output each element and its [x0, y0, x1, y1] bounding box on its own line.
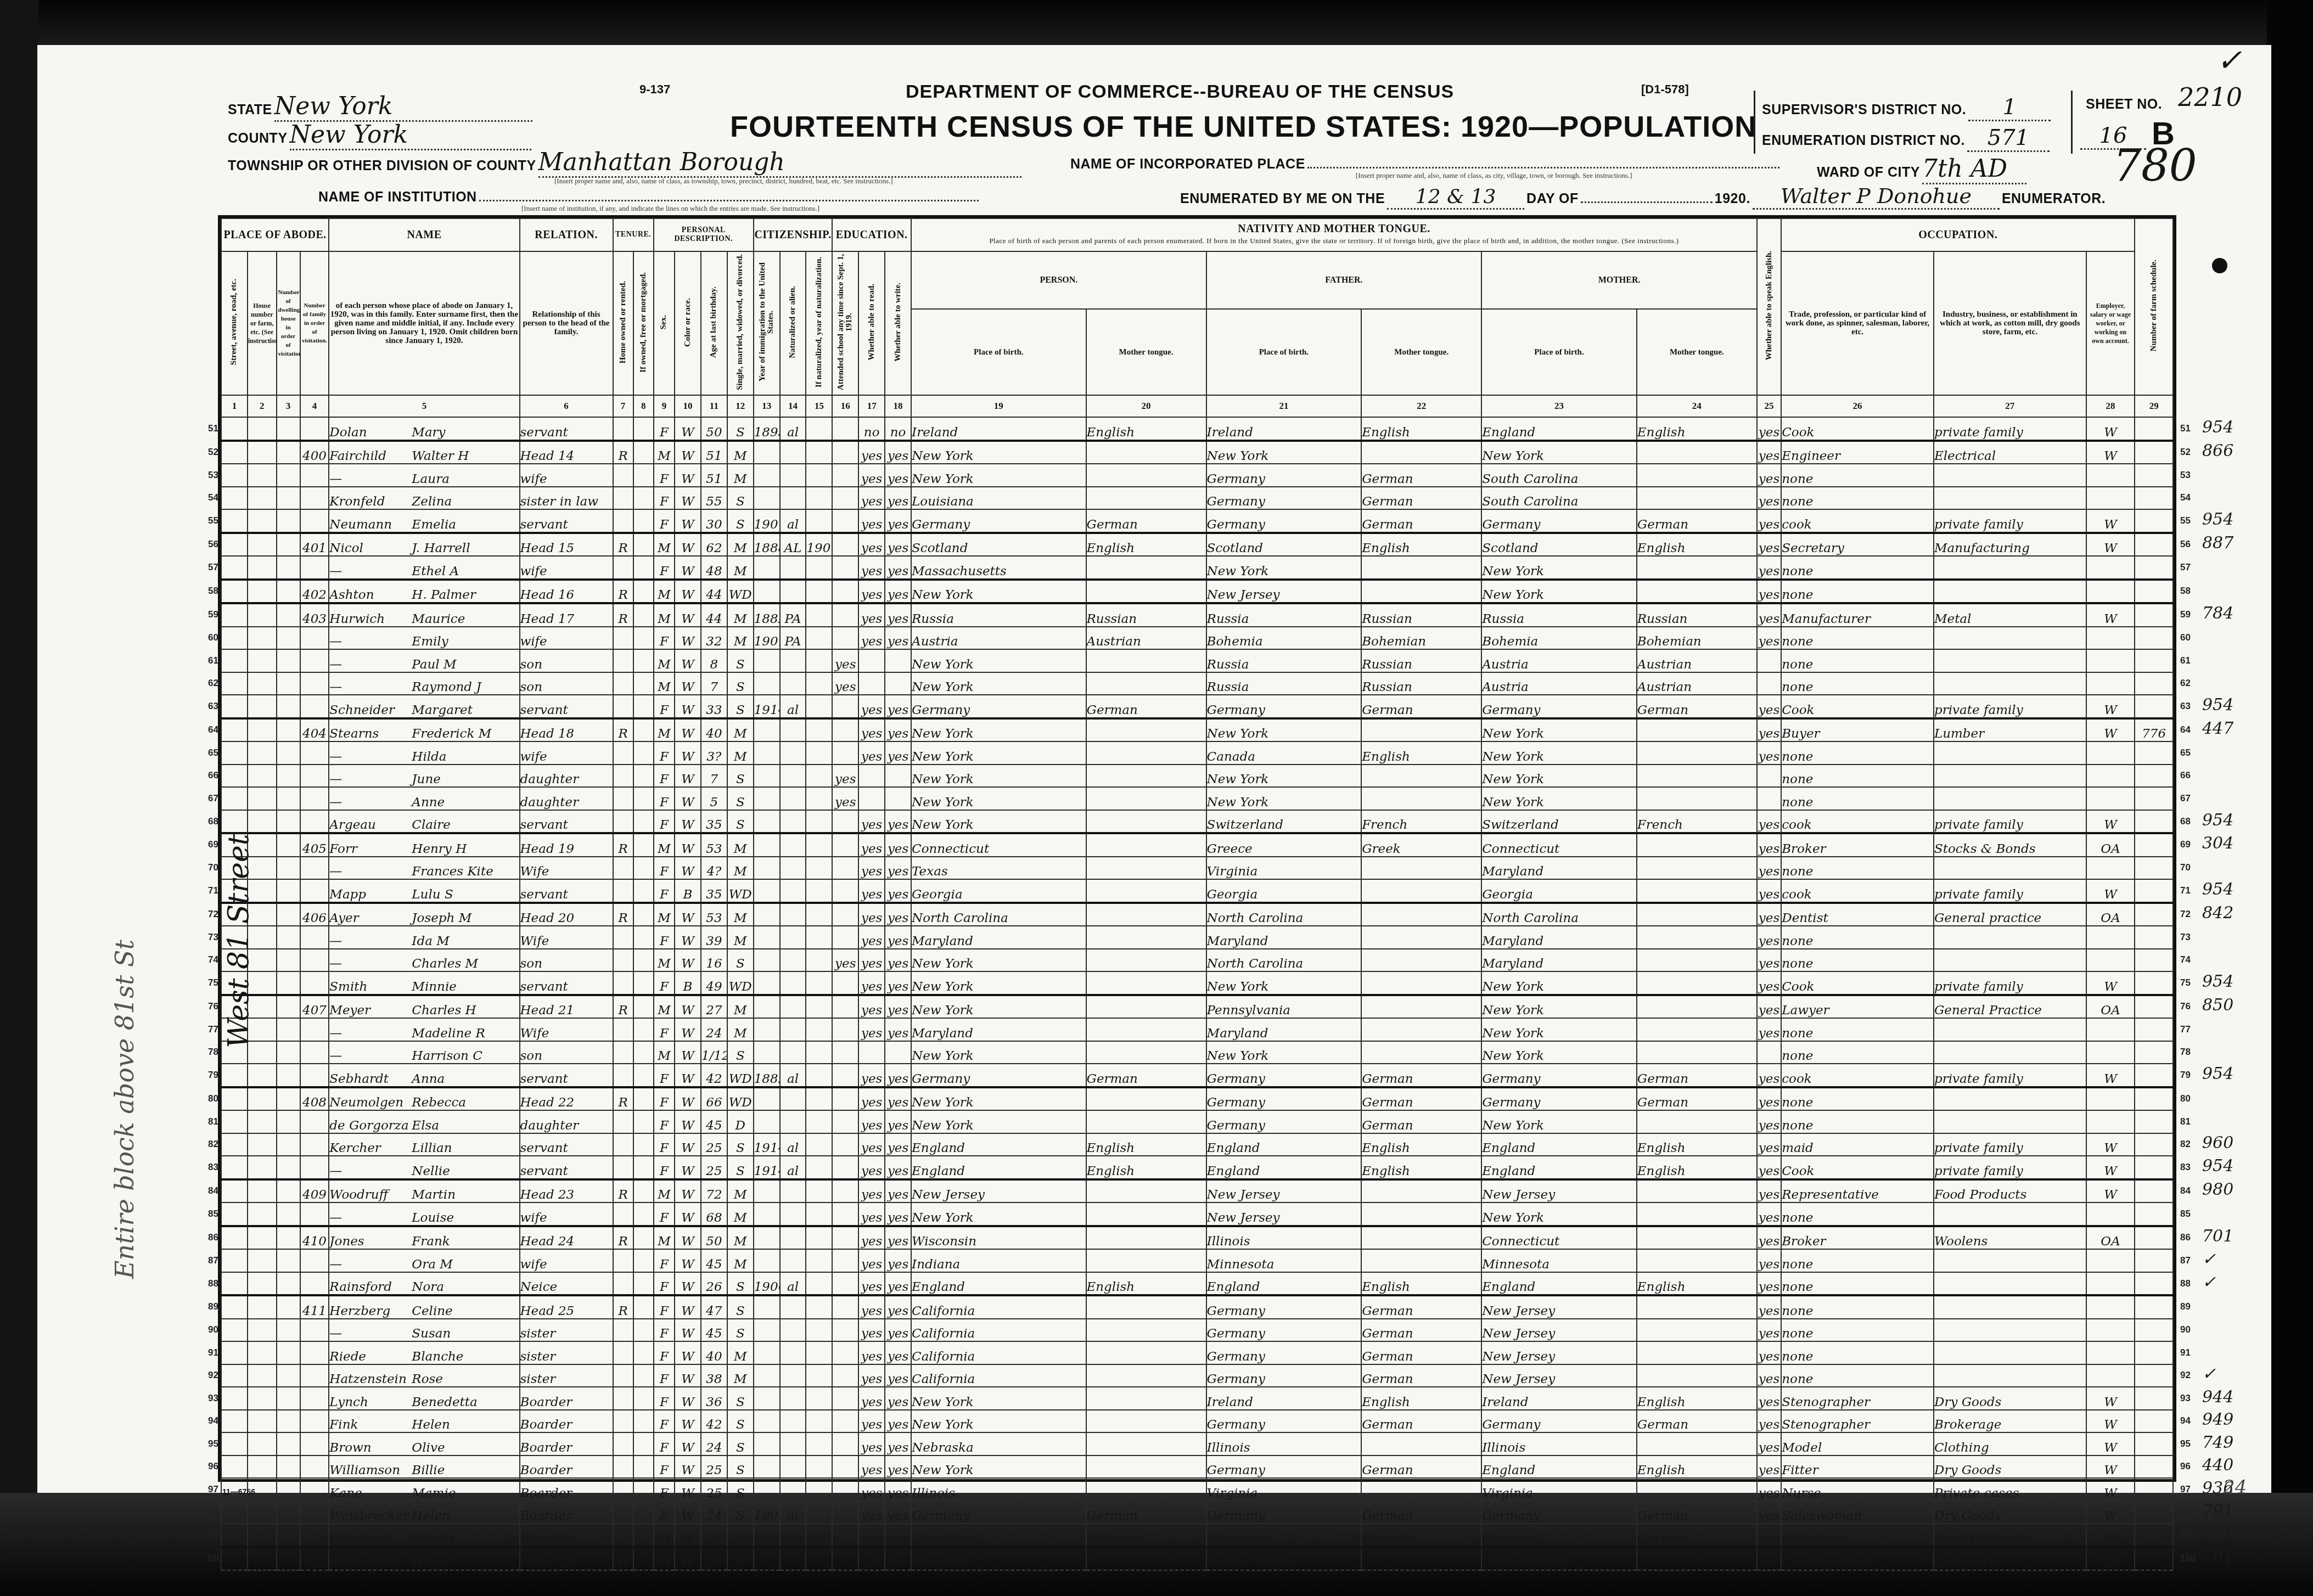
cell-house [248, 1087, 277, 1111]
cell-f-birth: New Jersey [1206, 580, 1362, 604]
cell-occupation: cook [1781, 509, 1934, 533]
cell-nat [780, 441, 806, 464]
cell-dwelling [277, 1501, 300, 1524]
surname: — [329, 1211, 412, 1225]
cell-f-tongue [1361, 1041, 1481, 1064]
county-value: New York [290, 121, 531, 150]
cell-house [248, 1133, 277, 1156]
cell-name: MeyerCharles H [329, 995, 519, 1019]
col-11-header: Age at last birthday. [701, 251, 727, 395]
line-number-right: 75 [2180, 977, 2202, 988]
line-number-right: 85 [2180, 1209, 2202, 1220]
cell-family [300, 1202, 329, 1226]
cell-name: —Charles M [329, 949, 519, 972]
cell-class: W [2086, 1387, 2135, 1410]
cell-marital: S [727, 487, 754, 510]
cell-m-tongue [1637, 1018, 1757, 1041]
cell-m-birth: England [1481, 417, 1637, 441]
given-name: Frances Kite [412, 864, 493, 879]
cell-dwelling [277, 1272, 300, 1296]
cell-house [248, 787, 277, 810]
cell-m-birth: Germany [1481, 1064, 1637, 1087]
table-row: FriedmanMorrisBoarderMW34M1896NA1906yesy… [221, 1524, 2173, 1547]
cell-birth: Germany [911, 1064, 1086, 1087]
cell-dwelling [277, 603, 300, 627]
cell-read: yes [858, 1478, 885, 1501]
cell-natyear [806, 627, 832, 650]
cell-marital: S [727, 1501, 754, 1524]
cell-m-tongue: English [1637, 417, 1757, 441]
line-number-left: 74 [206, 954, 218, 965]
cell-dwelling [277, 649, 300, 672]
cell-school [832, 971, 858, 995]
cell-occupation: Salesman [1781, 1524, 1934, 1547]
line-number-right: 61 [2180, 655, 2202, 666]
cell-school [832, 1064, 858, 1087]
cell-marital: S [727, 417, 754, 441]
cell-race: W [675, 672, 701, 695]
cell-write: yes [885, 926, 911, 949]
cell-tongue [1086, 971, 1206, 995]
table-row: —JunedaughterFW7SyesNew YorkNew YorkNew … [221, 765, 2173, 788]
cell-industry: private family [1934, 509, 2086, 533]
cell-f-tongue [1361, 971, 1481, 995]
cell-age: 55 [701, 487, 727, 510]
cell-read [858, 649, 885, 672]
cell-natyear [806, 995, 832, 1019]
given-name: Madeline R [412, 1026, 485, 1041]
cell-relation: sister [520, 1364, 613, 1387]
cell-tenure [613, 556, 633, 580]
cell-family: 408 [300, 1087, 329, 1111]
cell-name: WeisbreckerHelen [329, 1501, 519, 1524]
cell-english: yes [1757, 1133, 1781, 1156]
cell-m-birth: Ireland [1481, 1387, 1637, 1410]
cell-relation: Head 20 [520, 903, 613, 926]
cell-class [2086, 464, 2135, 487]
ward-extra-number: 780 [2113, 140, 2197, 191]
cell-name: JonesFrank [329, 1226, 519, 1250]
cell-f-birth: Germany [1206, 1364, 1362, 1387]
cell-owned [633, 1524, 654, 1547]
cell-natyear [806, 1041, 832, 1064]
given-name: Rebecca [412, 1095, 466, 1110]
cell-occupation: Dentist [1781, 903, 1934, 926]
given-name: Minnie [412, 980, 457, 994]
cell-street [221, 1524, 248, 1547]
cell-f-tongue [1361, 787, 1481, 810]
cell-write: yes [885, 833, 911, 857]
cell-f-tongue: German [1361, 464, 1481, 487]
cell-nat [780, 949, 806, 972]
cell-street [221, 1295, 248, 1319]
cell-dwelling [277, 1179, 300, 1203]
cell-m-tongue [1637, 1295, 1757, 1319]
cell-race: W [675, 580, 701, 604]
cell-natyear [806, 1110, 832, 1133]
cell-marital: S [727, 787, 754, 810]
cell-nat [780, 741, 806, 765]
cell-race: W [675, 627, 701, 650]
cell-f-birth: England [1206, 1272, 1362, 1296]
month-value [1581, 188, 1713, 203]
line-number-right: 52 [2180, 447, 2202, 458]
cell-natyear [806, 1341, 832, 1364]
cell-tongue: English [1086, 1133, 1206, 1156]
cell-f-birth: Bohemia [1206, 627, 1362, 650]
table-row: —NellieservantFW25S1914alyesyesEnglandEn… [221, 1156, 2173, 1179]
cell-age: 38 [701, 1364, 727, 1387]
cell-relation: Wife [520, 857, 613, 880]
cell-english: yes [1757, 1156, 1781, 1179]
line-number-left: 100 [206, 1553, 218, 1564]
line-number-left: 97 [206, 1484, 218, 1495]
cell-tenure [613, 765, 633, 788]
cell-f-birth: Illinois [1206, 1226, 1362, 1250]
enumerated-day: 12 & 13 [1387, 186, 1524, 210]
cell-race: W [675, 787, 701, 810]
cell-school [832, 1432, 858, 1455]
cell-owned [633, 833, 654, 857]
cell-owned [633, 857, 654, 880]
cell-tongue: English [1086, 417, 1206, 441]
cell-family: 402 [300, 580, 329, 604]
cell-tongue [1086, 949, 1206, 972]
cell-owned [633, 1064, 654, 1087]
cell-farm [2135, 603, 2173, 627]
cell-tongue [1086, 995, 1206, 1019]
cell-farm [2135, 857, 2173, 880]
cell-family [300, 1110, 329, 1133]
cell-house [248, 580, 277, 604]
line-number-left: 60 [206, 632, 218, 643]
cell-immig [754, 1110, 780, 1133]
cell-natyear [806, 1249, 832, 1272]
cell-age: 7 [701, 672, 727, 695]
cell-industry [1934, 1087, 2086, 1111]
given-name: Raymond J [412, 680, 481, 694]
cell-birth: New York [911, 1410, 1086, 1433]
cell-street [221, 1249, 248, 1272]
cell-industry [1934, 672, 2086, 695]
cell-tongue [1086, 487, 1206, 510]
cell-name: HerzbergCeline [329, 1295, 519, 1319]
cell-age: 42 [701, 1410, 727, 1433]
cell-birth: Connecticut [911, 833, 1086, 857]
form-number: 9-137 [639, 82, 670, 97]
cell-school: yes [832, 765, 858, 788]
line-number-right: 56 [2180, 539, 2202, 550]
surname: — [329, 934, 412, 948]
cell-english: yes [1757, 417, 1781, 441]
line-number-right: 66 [2180, 770, 2202, 781]
cell-dwelling [277, 1478, 300, 1501]
cell-m-birth: Virginia [1481, 1478, 1637, 1501]
cell-family [300, 741, 329, 765]
cell-relation: Head 16 [520, 580, 613, 604]
cell-occupation: Manufacturer [1781, 603, 1934, 627]
cell-write: yes [885, 533, 911, 557]
cell-f-tongue: German [1361, 1341, 1481, 1364]
enumerator-label: ENUMERATOR. [2002, 191, 2106, 206]
cell-dwelling [277, 833, 300, 857]
cell-read: yes [858, 1179, 885, 1203]
cell-street [221, 441, 248, 464]
cell-house [248, 1524, 277, 1547]
cell-dwelling [277, 857, 300, 880]
group-tenure: TENURE. [613, 218, 654, 251]
table-row: NeumannEmeliaservantFW30S1907alyesyesGer… [221, 509, 2173, 533]
cell-school: yes [832, 672, 858, 695]
cell-read: yes [858, 1272, 885, 1296]
cell-f-tongue: Russian [1361, 672, 1481, 695]
cell-class [2086, 556, 2135, 580]
cell-age: 33 [701, 695, 727, 718]
cell-industry: Private cases [1934, 1478, 2086, 1501]
surname: Lynch [329, 1395, 412, 1409]
cell-write: yes [885, 1455, 911, 1479]
cell-f-birth: Germany [1206, 695, 1362, 718]
cell-nat [780, 1226, 806, 1250]
cell-f-birth: Germany [1206, 487, 1362, 510]
cell-name: —Raymond J [329, 672, 519, 695]
cell-english: yes [1757, 1501, 1781, 1524]
cell-m-birth: Connecticut [1481, 833, 1637, 857]
occupation-code: 980 [2202, 1180, 2233, 1199]
cell-age: 50 [701, 1226, 727, 1250]
surname: Woodruff [329, 1188, 412, 1202]
cell-family [300, 672, 329, 695]
cell-name: —Frances Kite [329, 857, 519, 880]
cell-m-tongue: Bohemian [1637, 627, 1757, 650]
cell-school [832, 627, 858, 650]
surname: Herzberg [329, 1304, 412, 1318]
cell-house [248, 556, 277, 580]
cell-nat: NA [780, 1524, 806, 1547]
cell-relation: servant [520, 810, 613, 834]
cell-tongue [1086, 1087, 1206, 1111]
cell-family [300, 1387, 329, 1410]
column-number-9: 9 [654, 395, 675, 417]
column-number-24: 24 [1637, 395, 1757, 417]
cell-age: 49 [701, 971, 727, 995]
cell-birth: Nebraska [911, 1432, 1086, 1455]
occupation-code: 701 [2202, 1548, 2233, 1567]
group-place-of-abode: PLACE OF ABODE. [221, 218, 329, 251]
cell-f-tongue [1361, 857, 1481, 880]
cell-natyear [806, 1387, 832, 1410]
column-number-13: 13 [754, 395, 780, 417]
cell-write: yes [885, 1524, 911, 1547]
cell-write: yes [885, 1341, 911, 1364]
cell-house [248, 603, 277, 627]
cell-class: OA [2086, 833, 2135, 857]
cell-immig: 1893 [754, 417, 780, 441]
census-grid: PLACE OF ABODE. NAME RELATION. TENURE. P… [221, 218, 2174, 1571]
cell-family: 405 [300, 833, 329, 857]
cell-birth: California [911, 1364, 1086, 1387]
cell-class: OA [2086, 903, 2135, 926]
cell-age: 50 [701, 417, 727, 441]
cell-m-birth: Austria [1481, 672, 1637, 695]
cell-farm [2135, 1179, 2173, 1203]
cell-read: yes [858, 741, 885, 765]
cell-immig [754, 971, 780, 995]
cell-farm [2135, 417, 2173, 441]
cell-natyear [806, 1087, 832, 1111]
cell-age: 62 [701, 533, 727, 557]
cell-race: B [675, 971, 701, 995]
cell-f-tongue: English [1361, 741, 1481, 765]
cell-family [300, 1501, 329, 1524]
surname: Williamson [329, 1463, 412, 1477]
cell-english: yes [1757, 603, 1781, 627]
cell-m-birth: Illinois [1481, 1432, 1637, 1455]
cell-farm [2135, 833, 2173, 857]
cell-dwelling [277, 1410, 300, 1433]
cell-tongue [1086, 1364, 1206, 1387]
cell-birth: New York [911, 718, 1086, 742]
cell-age: 3? [701, 741, 727, 765]
cell-farm [2135, 1319, 2173, 1342]
cell-m-birth: New Jersey [1481, 1364, 1637, 1387]
cell-occupation: none [1781, 556, 1934, 580]
col-3-header: Number of dwelling house in order of vis… [277, 251, 300, 395]
line-number-right: 93 [2180, 1393, 2202, 1404]
cell-tongue: English [1086, 1272, 1206, 1296]
cell-dwelling [277, 487, 300, 510]
cell-english [1757, 672, 1781, 695]
occupation-code: ✓ [2202, 1273, 2216, 1292]
cell-industry [1934, 1319, 2086, 1342]
cell-sex: F [654, 627, 675, 650]
cell-birth: Germany [911, 1524, 1086, 1547]
cell-sex: F [654, 487, 675, 510]
cell-m-birth: Russia [1481, 603, 1637, 627]
cell-tongue [1086, 1041, 1206, 1064]
cell-sex: M [654, 649, 675, 672]
cell-age: 47 [701, 1295, 727, 1319]
surname: Schneider [329, 703, 412, 717]
group-nativity: NATIVITY AND MOTHER TONGUE. Place of bir… [911, 218, 1757, 251]
cell-m-tongue [1637, 833, 1757, 857]
cell-english [1757, 787, 1781, 810]
cell-occupation: Engineer [1781, 441, 1934, 464]
cell-house [248, 441, 277, 464]
cell-tongue [1086, 1295, 1206, 1319]
cell-age: 45 [701, 1249, 727, 1272]
cell-marital: WD [727, 580, 754, 604]
cell-age: 66 [701, 1087, 727, 1111]
cell-occupation: none [1781, 1341, 1934, 1364]
cell-owned [633, 1110, 654, 1133]
cell-relation: Head 17 [520, 603, 613, 627]
cell-dwelling [277, 580, 300, 604]
cell-write: yes [885, 995, 911, 1019]
cell-name: —Emily [329, 627, 519, 650]
cell-street [221, 765, 248, 788]
cell-nat [780, 1410, 806, 1433]
cell-nat [780, 1041, 806, 1064]
surname: — [329, 1026, 412, 1041]
cell-marital: D [727, 1110, 754, 1133]
cell-family [300, 1319, 329, 1342]
cell-relation: son [520, 1041, 613, 1064]
cell-marital: M [727, 903, 754, 926]
cell-family [300, 1455, 329, 1479]
cell-race: W [675, 1387, 701, 1410]
cell-birth: Maryland [911, 926, 1086, 949]
cell-immig [754, 903, 780, 926]
cell-birth: California [911, 1341, 1086, 1364]
cell-school [832, 603, 858, 627]
cell-m-tongue: German [1637, 1087, 1757, 1111]
cell-read: yes [858, 487, 885, 510]
cell-f-birth: Georgia [1206, 879, 1362, 903]
cell-occupation: cook [1781, 810, 1934, 834]
cell-sex: F [654, 1295, 675, 1319]
cell-race: W [675, 441, 701, 464]
cell-class: W [2086, 1524, 2135, 1547]
cell-f-birth: New York [1206, 1041, 1362, 1064]
cell-house [248, 1432, 277, 1455]
group-personal-description: PERSONAL DESCRIPTION. [654, 218, 754, 251]
cell-natyear [806, 603, 832, 627]
cell-street [221, 810, 248, 834]
cell-m-birth: North Carolina [1481, 903, 1637, 926]
cell-house [248, 810, 277, 834]
cell-f-tongue: English [1361, 1156, 1481, 1179]
cell-sex: F [654, 1272, 675, 1296]
cell-read: yes [858, 718, 885, 742]
cell-english: yes [1757, 1319, 1781, 1342]
cell-natyear [806, 1455, 832, 1479]
occupation-code: ✓ [2202, 1250, 2216, 1269]
cell-name: NicolJ. Harrell [329, 533, 519, 557]
cell-natyear [806, 441, 832, 464]
cell-sex: F [654, 879, 675, 903]
cell-dwelling [277, 464, 300, 487]
column-number-18: 18 [885, 395, 911, 417]
cell-family [300, 649, 329, 672]
surname: Ayer [329, 911, 412, 925]
cell-f-tongue: German [1361, 509, 1481, 533]
cell-nat: al [780, 695, 806, 718]
given-name: Rose [412, 1372, 443, 1386]
cell-tenure: R [613, 533, 633, 557]
cell-family [300, 1341, 329, 1364]
cell-tongue [1086, 672, 1206, 695]
cell-school [832, 1087, 858, 1111]
cell-tongue [1086, 1319, 1206, 1342]
cell-m-tongue [1637, 1364, 1757, 1387]
cell-f-birth: Ireland [1206, 417, 1362, 441]
cell-birth: Indiana [911, 1249, 1086, 1272]
cell-marital: S [727, 765, 754, 788]
cell-school [832, 810, 858, 834]
cell-family: 407 [300, 995, 329, 1019]
column-number-22: 22 [1361, 395, 1481, 417]
cell-marital: S [727, 1133, 754, 1156]
cell-nat [780, 810, 806, 834]
cell-natyear [806, 718, 832, 742]
cell-class: W [2086, 441, 2135, 464]
cell-owned [633, 1249, 654, 1272]
cell-age: 24 [701, 1018, 727, 1041]
cell-relation: Head 24 [520, 1226, 613, 1250]
line-number-left: 67 [206, 793, 218, 804]
table-row: —Charles MsonMW16SyesyesyesNew YorkNorth… [221, 949, 2173, 972]
